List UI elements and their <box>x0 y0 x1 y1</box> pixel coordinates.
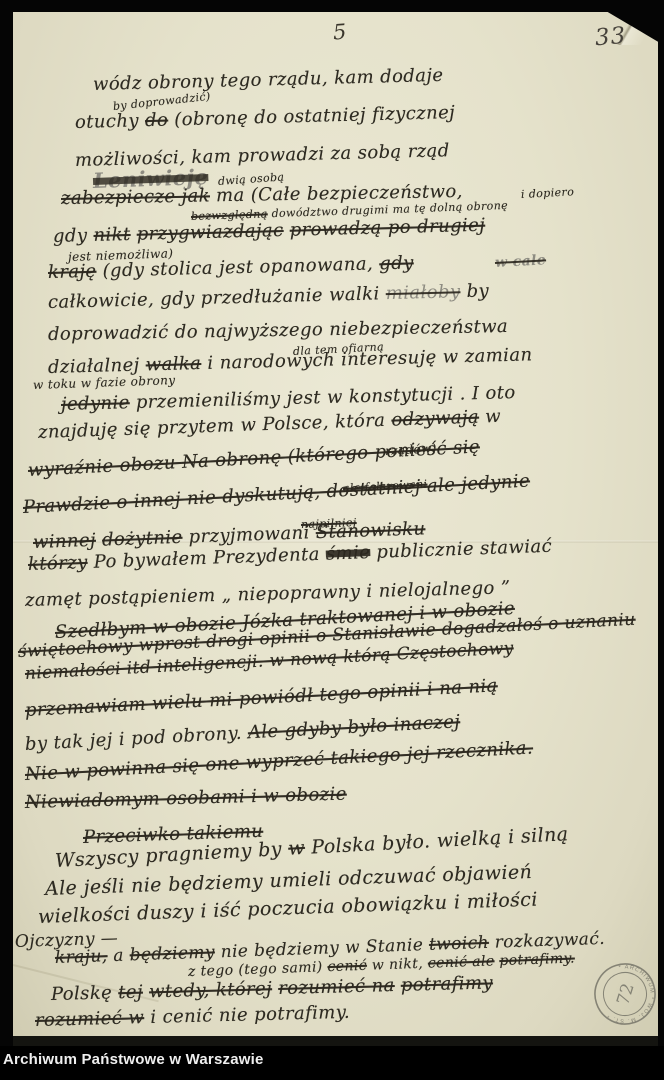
footer-bar: Archiwum Państwowe w Warszawie <box>0 1046 664 1080</box>
handwritten-text: całkowicie, gdy przedłużanie walki <box>48 283 386 313</box>
struck-text: odzywają <box>391 407 479 431</box>
manuscript-line: Polskę tej wtedy, której rozumieć na pot… <box>51 972 494 1005</box>
struck-text: potrafimy. <box>499 950 575 969</box>
scan-background: 5 33 wódz obrony tego rządu, kam dodajeb… <box>0 0 664 1080</box>
handwritten-text: Polskę <box>51 982 119 1005</box>
struck-text: cenić ale <box>428 953 495 971</box>
handwritten-text: by tak jej i pod obrony. <box>24 722 248 755</box>
handwritten-text: by <box>460 280 489 302</box>
manuscript-line: w cale <box>495 252 547 271</box>
struck-text: śmie <box>326 542 371 565</box>
struck-text: wyraźnie obozu <box>27 452 182 481</box>
handwritten-text: w <box>479 406 502 428</box>
struck-text: którzy <box>28 552 88 575</box>
document-page: 5 33 wódz obrony tego rządu, kam dodajeb… <box>13 12 658 1036</box>
handwritten-text: otuchy <box>75 110 146 133</box>
handwritten-text: i cenić nie potrafimy. <box>144 1002 350 1028</box>
struck-text: przygwiazdając <box>136 220 283 245</box>
stamp-number: 72 <box>613 981 638 1008</box>
struck-text: Na obronę (którego ponieść się <box>181 436 480 473</box>
handwritten-text: w nikt, <box>367 956 429 974</box>
struck-text: zabezpiecze jak <box>61 185 210 209</box>
scan-edge-strip <box>13 1036 658 1046</box>
struck-text: Stanowisku <box>315 518 425 543</box>
struck-text: dożytnie <box>102 527 183 551</box>
struck-text: w cale <box>495 252 547 271</box>
struck-text: potrafimy <box>401 972 494 995</box>
struck-text: Ale gdyby było inaczej <box>247 711 460 743</box>
struck-text: wtedy, której <box>149 978 273 1002</box>
manuscript-line: Prawdzie o innej nie dyskutują, dostatni… <box>22 470 530 518</box>
manuscript-line: gdy nikt przygwiazdając prowadzą po drug… <box>53 215 486 247</box>
struck-text: kraję <box>48 261 97 283</box>
manuscript-line: wyraźnie obozu Na obronę (którego ponieś… <box>27 436 480 481</box>
struck-text: w <box>288 837 306 860</box>
struck-text: jedynie <box>61 392 130 415</box>
manuscript-line: wódz obrony tego rządu, kam dodaje <box>93 65 444 95</box>
struck-text: kraju, <box>55 946 108 968</box>
manuscript-line: działalnej walka i narodowych interesuję… <box>48 344 533 378</box>
handwritten-text: doprowadzić do najwyższego niebezpieczeń… <box>48 316 508 345</box>
archive-name: Archiwum Państwowe w Warszawie <box>3 1051 264 1068</box>
struck-text: będziemy <box>129 942 215 965</box>
handwritten-text: (obronę do ostatniej fizycznej <box>168 102 455 131</box>
struck-text: tej <box>118 982 143 1004</box>
manuscript-line: doprowadzić do najwyższego niebezpieczeń… <box>48 316 508 345</box>
struck-text: gdy <box>379 252 414 274</box>
handwritten-text: rozkazywać. <box>489 929 606 953</box>
handwritten-text: i dopiero <box>521 185 575 201</box>
struck-text: miałoby <box>385 281 460 304</box>
struck-text: prowadzą po drugiej <box>289 215 485 241</box>
manuscript-line: całkowicie, gdy przedłużanie walki miało… <box>48 280 490 313</box>
handwritten-text: znajduję się przytem w Polsce, która <box>38 410 392 443</box>
struck-text: cenić <box>327 958 367 975</box>
struck-text: do <box>145 110 169 132</box>
manuscript-line: Niewiadomym osobami i w obozie <box>25 784 347 813</box>
handwritten-text: i narodowych interesuję w zamian <box>201 344 533 374</box>
struck-text: nikt <box>93 224 131 246</box>
handwritten-text: gdy <box>53 225 94 247</box>
manuscript-line: i dopiero <box>521 185 575 201</box>
struck-text: Prawdzie o innej nie dyskutują, dostatni… <box>22 470 530 518</box>
struck-text: rozumieć w <box>35 1007 145 1031</box>
handwritten-text: a <box>107 945 130 966</box>
manuscript-line: rozumieć w i cenić nie potrafimy. <box>35 1002 351 1031</box>
struck-text: winnej <box>33 530 97 553</box>
struck-text: twoich <box>429 933 490 955</box>
struck-text: Niewiadomym osobami i w obozie <box>25 784 347 813</box>
handwritten-text: wódz obrony tego rządu, kam dodaje <box>93 65 444 95</box>
struck-text: rozumieć na <box>278 975 395 999</box>
manuscript-lines: wódz obrony tego rządu, kam dodajeby dop… <box>13 12 658 1036</box>
handwritten-text: Polska było. wielką i silną <box>304 823 569 859</box>
